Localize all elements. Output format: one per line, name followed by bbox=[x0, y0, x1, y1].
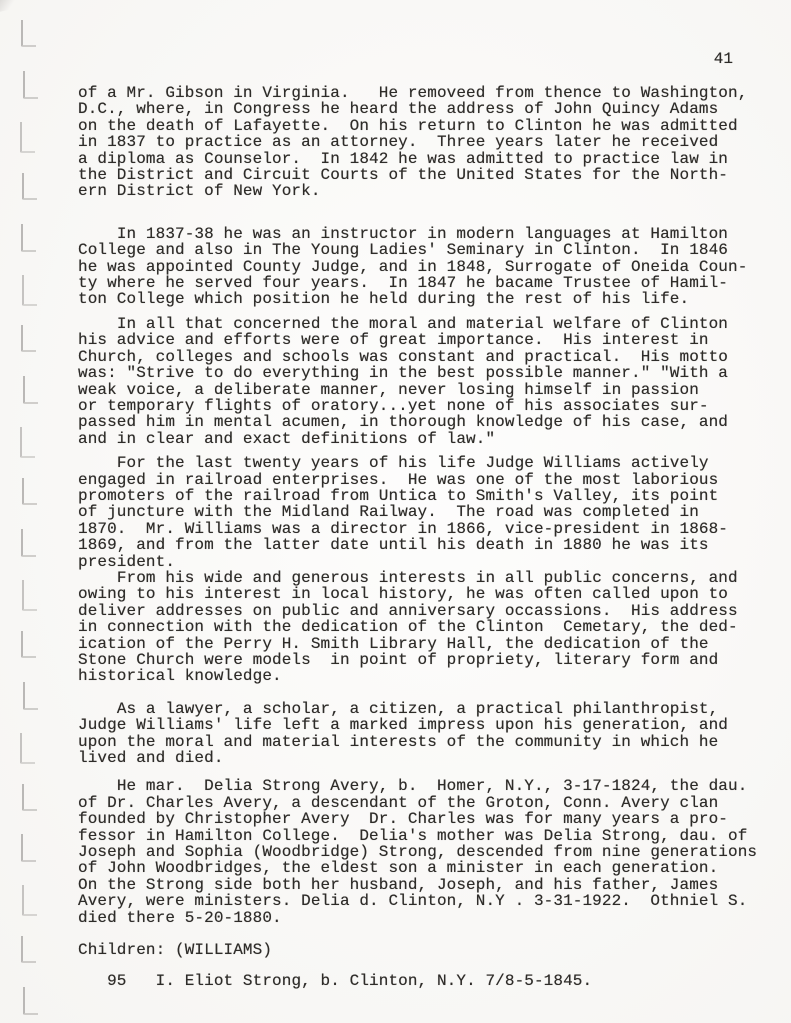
paragraph-2: In 1837-38 he was an instructor in moder… bbox=[78, 226, 784, 308]
binding-mark-icon bbox=[22, 885, 37, 916]
binding-mark-icon bbox=[20, 427, 35, 458]
paragraph-3: In all that concerned the moral and mate… bbox=[78, 316, 784, 447]
binding-mark-icon bbox=[21, 936, 36, 963]
binding-mark-icon bbox=[22, 784, 37, 811]
document-body: of a Mr. Gibson in Virginia. He removeed… bbox=[78, 85, 784, 989]
paragraph-6: As a lawyer, a scholar, a citizen, a pra… bbox=[78, 701, 784, 767]
child-entry-1: 95 I. Eliot Strong, b. Clinton, N.Y. 7/8… bbox=[78, 973, 784, 989]
binding-mark-icon bbox=[22, 275, 37, 306]
binding-mark-icon bbox=[23, 376, 38, 404]
binding-mark-icon bbox=[21, 631, 36, 658]
binding-mark-icon bbox=[20, 733, 35, 764]
binding-mark-icon bbox=[21, 224, 36, 252]
binding-mark-icon bbox=[23, 682, 38, 710]
binding-mark-icon bbox=[22, 580, 37, 611]
binding-mark-icon bbox=[21, 529, 36, 557]
binding-mark-icon bbox=[21, 834, 36, 862]
paragraph-7: He mar. Delia Strong Avery, b. Homer, N.… bbox=[78, 778, 784, 926]
binding-mark-icon bbox=[23, 71, 38, 99]
binding-mark-icon bbox=[20, 122, 35, 153]
binding-mark-icon bbox=[22, 173, 37, 200]
document-page: 41 of a Mr. Gibson in Virginia. He remov… bbox=[0, 0, 791, 1023]
binding-mark-icon bbox=[21, 325, 36, 352]
binding-mark-icon bbox=[22, 478, 37, 505]
page-number: 41 bbox=[0, 50, 733, 68]
children-heading: Children: (WILLIAMS) bbox=[78, 942, 784, 958]
paragraph-1: of a Mr. Gibson in Virginia. He removeed… bbox=[78, 85, 784, 200]
binding-mark-icon bbox=[23, 987, 38, 1015]
paragraph-4: For the last twenty years of his life Ju… bbox=[78, 455, 784, 570]
binding-mark-icon bbox=[21, 20, 36, 47]
paragraph-5: From his wide and generous interests in … bbox=[78, 570, 784, 685]
binding-marks bbox=[0, 0, 60, 1023]
